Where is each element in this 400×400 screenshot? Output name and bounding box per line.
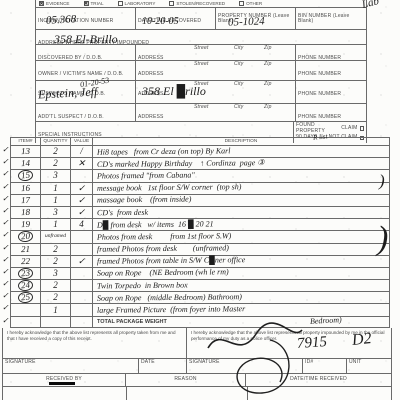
description-handwriting: massage book (from inside) — [93, 196, 191, 205]
bin-number-field: BIN NUMBER (Leave Blank) — [296, 8, 366, 29]
row-check-mark: ✓ — [2, 219, 9, 227]
item-number-cell: 21 — [11, 244, 41, 255]
value-cell: 4 — [71, 219, 93, 230]
value-cell: ✓ — [71, 256, 93, 267]
checkbox-label: STOLEN/RECOVERED — [176, 1, 225, 6]
row-check-mark: ✓ — [2, 256, 9, 264]
property-number-handwriting: 05-1024 — [228, 16, 265, 28]
row-check-mark: ✓ — [2, 244, 9, 252]
row-grid: 233Soap on Rope (NE Bedroom (wh le rm) — [10, 268, 390, 280]
person-row: OWNER / VICTIM'S NAME / D.O.B.ADDRESSStr… — [36, 61, 366, 81]
quantity-cell: 2 — [41, 280, 71, 291]
incident-number-handwriting: 05.368 — [46, 14, 77, 27]
row-grid: 171✓massage book (from inside) — [10, 195, 390, 207]
description-handwriting: framed Photos from table in S/W C█ner of… — [93, 256, 245, 266]
quantity-cell: 2 — [41, 158, 71, 169]
row-grid: 153Photos framed "from Cabana" — [10, 170, 390, 182]
person-row: SUSPECT'S NAME / D.O.B.01-20-53Epstein, … — [36, 81, 366, 104]
address-label: ADDRESS — [138, 115, 164, 121]
person-address-field: ADDRESSStreetCityZip358 El █rillo — [136, 81, 296, 103]
item-number-cell: 13 — [11, 146, 41, 157]
item-number-cell: 25 — [11, 292, 41, 303]
description-cell: massage book (from inside) — [93, 195, 389, 206]
item-number: 21 — [21, 244, 30, 253]
value-cell: ✓ — [71, 183, 93, 194]
empty-record-row — [3, 387, 391, 400]
quantity-cell: 1 — [41, 219, 71, 230]
row-check-mark: ✓ — [2, 317, 9, 325]
incident-field-row: INCIDENT/CITATION NUMBER 05.368 DATE/TIM… — [36, 8, 366, 30]
circled-item-number: 25 — [18, 292, 34, 304]
item-number: 14 — [21, 159, 30, 168]
items-header-item: ITEM# — [11, 138, 41, 145]
description-handwriting: Hi8 tapes from Cr deza (on top) By Karl — [93, 147, 231, 156]
checkbox-item: OTHER — [239, 1, 262, 6]
reason-label: REASON — [174, 377, 196, 383]
item-number-cell: 15 — [11, 170, 41, 181]
table-row: ✓161✓message book 1st floor S/W corner (… — [2, 183, 390, 195]
suspect-address-handwriting: 358 El █rillo — [142, 85, 206, 97]
street-label: Street — [194, 46, 209, 52]
phone-number-label: PHONE NUMBER — [298, 92, 341, 98]
quantity-cell: 1 — [41, 195, 71, 206]
description-cell: framed Photos from table in S/W C█ner of… — [93, 256, 389, 267]
item-number: 13 — [21, 147, 30, 156]
zip-label: Zip — [264, 105, 272, 111]
item-number: 19 — [21, 220, 30, 229]
date-field: DATE — [139, 359, 187, 373]
circled-item-number: 23 — [18, 267, 34, 279]
description-cell: Twin Torpedo in Brown box — [93, 280, 389, 291]
description-handwriting: Soap on Rope (middle Bedroom) Bathroom) — [93, 293, 242, 303]
unchecked-checkbox-icon — [169, 1, 174, 6]
quantity-cell: 3 — [41, 170, 71, 181]
city-label: City — [234, 46, 243, 52]
item-number-cell: 17 — [11, 195, 41, 206]
description-cell: framed Photos from desk (unframed) — [93, 244, 389, 255]
person-name-field: OWNER / VICTIM'S NAME / D.O.B. — [36, 61, 136, 80]
row-check-mark: ✓ — [2, 195, 9, 203]
row-check-mark: ✓ — [2, 292, 9, 300]
description-cell: large Framed Picture (from foyer into Ma… — [93, 304, 389, 315]
person-address-field: ADDRESSStreetCityZip — [136, 61, 296, 80]
table-row: ✓1914D█ from desk w/ items 16 █ 20 21 — [2, 219, 390, 231]
description-handwriting: message book 1st floor S/W corner (top s… — [93, 183, 242, 193]
row-grid: 161✓message book 1st floor S/W corner (t… — [10, 183, 390, 195]
quantity-cell: 2 — [41, 244, 71, 255]
description-handwriting: Photos from desk from 1st floor S.W) — [93, 232, 231, 241]
person-address-field: ADDRESSStreetCityZip — [136, 104, 296, 121]
row-grid: 252Soap on Rope (middle Bedroom) Bathroo… — [10, 292, 390, 304]
street-label: Street — [194, 62, 209, 68]
signature-section: I hereby acknowledge that the above list… — [2, 328, 392, 400]
claim-checkbox — [360, 126, 365, 131]
description-cell: D█ from desk w/ items 16 █ 20 21 — [93, 219, 389, 230]
items-table-header: ITEM#QUANTITYVALUEDESCRIPTION R list — [2, 137, 390, 146]
row-check-mark: ✓ — [2, 280, 9, 288]
city-label: City — [234, 82, 243, 88]
corner-note-handwriting: Lab — [361, 0, 380, 11]
unit-label: UNIT — [349, 360, 361, 366]
bin-number-label: BIN NUMBER (Leave Blank) — [298, 14, 364, 25]
description-cell: CD's from desk — [93, 207, 389, 218]
item-number: 16 — [21, 184, 30, 193]
checked-checkbox-icon: ✕ — [84, 1, 89, 6]
value-cell — [71, 244, 93, 255]
description-handwriting: Twin Torpedo in Brown box — [93, 281, 188, 290]
unit-field: UNIT — [347, 359, 391, 373]
table-row: ✓222✓framed Photos from table in S/W C█n… — [2, 256, 390, 268]
quantity-cell: 2 — [41, 292, 71, 303]
checkbox-item: ✕EVIDENCE — [39, 1, 70, 6]
quantity-cell: 3 — [41, 268, 71, 279]
circled-item-number: 20 — [18, 231, 34, 243]
received-by-redaction — [49, 382, 75, 385]
row-check-mark: ✓ — [2, 268, 9, 276]
item-number: 22 — [21, 257, 30, 266]
quantity-cell: 2 — [41, 256, 71, 267]
value-cell: ✕ — [71, 158, 93, 169]
description-handwriting: CD's marked Happy Birthday ↑ Cordinza pa… — [93, 159, 265, 169]
phone-number-label: PHONE NUMBER — [298, 72, 341, 78]
row-grid: 1914D█ from desk w/ items 16 █ 20 21 — [10, 219, 390, 231]
address-impounded-handwriting: 358 El-Brillo — [54, 33, 118, 45]
claim-label: CLAIM — [341, 126, 357, 132]
description-cell: CD's marked Happy Birthday ↑ Cordinza pa… — [93, 158, 389, 169]
value-cell — [71, 170, 93, 181]
item-number: 17 — [21, 196, 30, 205]
circled-item-number: 15 — [18, 170, 34, 182]
table-row: ✓242Twin Torpedo in Brown box — [2, 280, 390, 292]
acknowledgment-row: I hereby acknowledge that the above list… — [3, 328, 391, 359]
datetime-recovered-field: DATE/TIME RECOVERED 10-20-05 — [136, 8, 216, 29]
form-header-section: ✕EVIDENCE✕TRIALLABORATORYSTOLEN/RECOVERE… — [35, 0, 367, 143]
row-check-mark: ✓ — [2, 170, 9, 178]
item-number-cell: 14 — [11, 158, 41, 169]
description-cell: message book 1st floor S/W corner (top s… — [93, 183, 389, 194]
value-cell — [71, 231, 93, 242]
value-cell — [71, 268, 93, 279]
address-label: ADDRESS — [138, 72, 164, 78]
item-number-cell: 24 — [11, 280, 41, 291]
row-check-mark: ✓ — [2, 158, 9, 166]
item-number-cell: 18 — [11, 207, 41, 218]
row-check-mark: ✓ — [2, 183, 9, 191]
person-row-label: ADD'TL SUSPECT / D.O.B. — [38, 115, 104, 121]
officer-signature-scribble — [200, 320, 320, 400]
table-row: ✓142✕CD's marked Happy Birthday ↑ Cordin… — [2, 158, 390, 170]
checkbox-item: STOLEN/RECOVERED — [169, 1, 225, 6]
item-number-cell: 23 — [11, 268, 41, 279]
row-check-mark: ✓ — [2, 207, 9, 215]
quantity-cell: unframed — [41, 231, 71, 242]
signature-label: SIGNATURE — [5, 360, 36, 366]
received-by-field: RECEIVED BY — [3, 374, 126, 386]
total-package-weight-row: ✓ TOTAL PACKAGE WEIGHT Bedroom) — [2, 317, 390, 328]
row-check-mark: ✓ — [2, 304, 9, 312]
checkbox-label: LABORATORY — [125, 1, 156, 6]
description-cell: Photos from desk from 1st floor S.W) — [93, 231, 389, 242]
suspect-name-handwriting: Epstein, Jeff — [38, 85, 98, 100]
date-label: DATE — [141, 360, 155, 366]
zip-label: Zip — [264, 82, 272, 88]
row-grid: 132/Hi8 tapes from Cr deza (on top) By K… — [10, 146, 390, 158]
phone-number-field: PHONE NUMBER — [296, 45, 366, 60]
property-number-field: PROPERTY NUMBER (Leave Blank) 05-1024 — [216, 8, 296, 29]
evidence-type-checkbox-row: ✕EVIDENCE✕TRIALLABORATORYSTOLEN/RECOVERE… — [36, 0, 366, 8]
checked-checkbox-icon: ✕ — [39, 1, 44, 6]
street-label: Street — [194, 105, 209, 111]
description-handwriting: Soap on Rope (NE Bedroom (wh le rm) — [93, 269, 229, 278]
city-label: City — [234, 62, 243, 68]
checkbox-label: TRIAL — [91, 1, 104, 6]
table-row: ✓153Photos framed "from Cabana" — [2, 170, 390, 182]
acknowledgment-owner-text: I hereby acknowledge that the above list… — [3, 328, 187, 358]
person-address-field: ADDRESSStreetCityZip — [136, 45, 296, 60]
item-number-cell: 22 — [11, 256, 41, 267]
table-row: ✓212framed Photos from desk (unframed) — [2, 244, 390, 256]
city-label: City — [234, 105, 243, 111]
description-cell: Soap on Rope (NE Bedroom (wh le rm) — [93, 268, 389, 279]
person-rows-section: DISCOVERED BY / D.O.B.ADDRESSStreetCityZ… — [36, 45, 366, 122]
description-handwriting: CD's from desk — [93, 208, 148, 217]
scanned-property-receipt-form: ✕EVIDENCE✕TRIALLABORATORYSTOLEN/RECOVERE… — [0, 0, 400, 400]
item-number-cell: 20 — [11, 231, 41, 242]
items-rows: ✓132/Hi8 tapes from Cr deza (on top) By … — [2, 146, 390, 317]
table-row: ✓233Soap on Rope (NE Bedroom (wh le rm) — [2, 268, 390, 280]
value-cell — [71, 280, 93, 291]
item-number-cell: 16 — [11, 183, 41, 194]
received-by-row: RECEIVED BY REASON DATE/TIME RECEIVED — [3, 374, 391, 387]
items-header-quantity: QUANTITY — [41, 138, 71, 145]
checkbox-item: ✕TRIAL — [84, 1, 104, 6]
description-cell: Photos framed "from Cabana" — [93, 170, 389, 181]
checkbox-label: OTHER — [246, 1, 262, 6]
table-row: ✓20unframedPhotos from desk from 1st flo… — [2, 231, 390, 243]
owner-signature-field: SIGNATURE — [3, 359, 139, 373]
item-number-cell: 19 — [11, 219, 41, 230]
incident-number-field: INCIDENT/CITATION NUMBER 05.368 — [36, 8, 136, 29]
datetime-recovered-handwriting: 10-20-05 — [142, 17, 179, 27]
phone-number-field: PHONE NUMBER — [296, 81, 366, 103]
signature-labels-row: SIGNATURE DATE SIGNATURE ID# UNIT — [3, 359, 391, 374]
table-row: ✓132/Hi8 tapes from Cr deza (on top) By … — [2, 146, 390, 158]
value-cell: ✓ — [71, 195, 93, 206]
checkbox-label: EVIDENCE — [46, 1, 70, 6]
value-cell — [71, 304, 93, 315]
quantity-cell: 2 — [41, 146, 71, 157]
quantity-cell: 1 — [41, 183, 71, 194]
address-impounded-field: ADDRESS WHERE PROPERTY IMPOUNDED 358 El-… — [36, 30, 366, 45]
circled-item-number: 24 — [18, 280, 34, 292]
row-grid: 212framed Photos from desk (unframed) — [10, 244, 390, 256]
person-name-field: ADD'TL SUSPECT / D.O.B. — [36, 104, 136, 121]
row-check-mark: ✓ — [2, 146, 9, 154]
items-header-description: DESCRIPTION — [93, 138, 389, 145]
table-row: ✓183✓CD's from desk — [2, 207, 390, 219]
quantity-cell: 1 — [41, 304, 71, 315]
description-cell: Hi8 tapes from Cr deza (on top) By Karl — [93, 146, 389, 157]
item-number-cell — [11, 304, 41, 315]
person-name-field: SUSPECT'S NAME / D.O.B.01-20-53Epstein, … — [36, 81, 136, 103]
unchecked-checkbox-icon — [239, 1, 244, 6]
row-grid: 142✕CD's marked Happy Birthday ↑ Cordinz… — [10, 158, 390, 170]
margin-paren: ) — [379, 172, 385, 189]
phone-number-field: PHONE NUMBER — [296, 104, 366, 121]
description-handwriting: framed Photos from desk (unframed) — [93, 244, 229, 253]
table-row: ✓171✓massage book (from inside) — [2, 195, 390, 207]
person-name-field: DISCOVERED BY / D.O.B. — [36, 45, 136, 60]
row-grid: 183✓CD's from desk — [10, 207, 390, 219]
description-handwriting: large Framed Picture (from foyer into Ma… — [93, 305, 245, 315]
description-handwriting: Photos framed "from Cabana" — [93, 171, 195, 180]
items-table: ITEM#QUANTITYVALUEDESCRIPTION R list ✓13… — [2, 137, 390, 328]
margin-paren: ) — [377, 222, 388, 256]
value-cell: ✓ — [71, 207, 93, 218]
unchecked-checkbox-icon — [118, 1, 123, 6]
quantity-cell: 3 — [41, 207, 71, 218]
description-handwriting: D█ from desk w/ items 16 █ 20 21 — [93, 220, 214, 229]
row-grid: 242Twin Torpedo in Brown box — [10, 280, 390, 292]
person-row: ADD'TL SUSPECT / D.O.B.ADDRESSStreetCity… — [36, 104, 366, 122]
value-cell — [71, 292, 93, 303]
person-row: DISCOVERED BY / D.O.B.ADDRESSStreetCityZ… — [36, 45, 366, 61]
person-row-label: OWNER / VICTIM'S NAME / D.O.B. — [38, 72, 124, 78]
row-grid: 222✓framed Photos from table in S/W C█ne… — [10, 256, 390, 268]
items-header-value: VALUE — [71, 138, 93, 145]
zip-label: Zip — [264, 46, 272, 52]
row-grid: 20unframedPhotos from desk from 1st floo… — [10, 231, 390, 243]
table-row: ✓252Soap on Rope (middle Bedroom) Bathro… — [2, 292, 390, 304]
officer-unit-handwriting: D2 — [351, 331, 372, 349]
description-cell: Soap on Rope (middle Bedroom) Bathroom) — [93, 292, 389, 303]
checkbox-item: LABORATORY — [118, 1, 156, 6]
zip-label: Zip — [264, 62, 272, 68]
phone-number-label: PHONE NUMBER — [298, 115, 341, 121]
phone-number-field: PHONE NUMBER — [296, 61, 366, 80]
value-cell: / — [71, 146, 93, 157]
item-number: 18 — [21, 208, 30, 217]
row-check-mark: ✓ — [2, 231, 9, 239]
